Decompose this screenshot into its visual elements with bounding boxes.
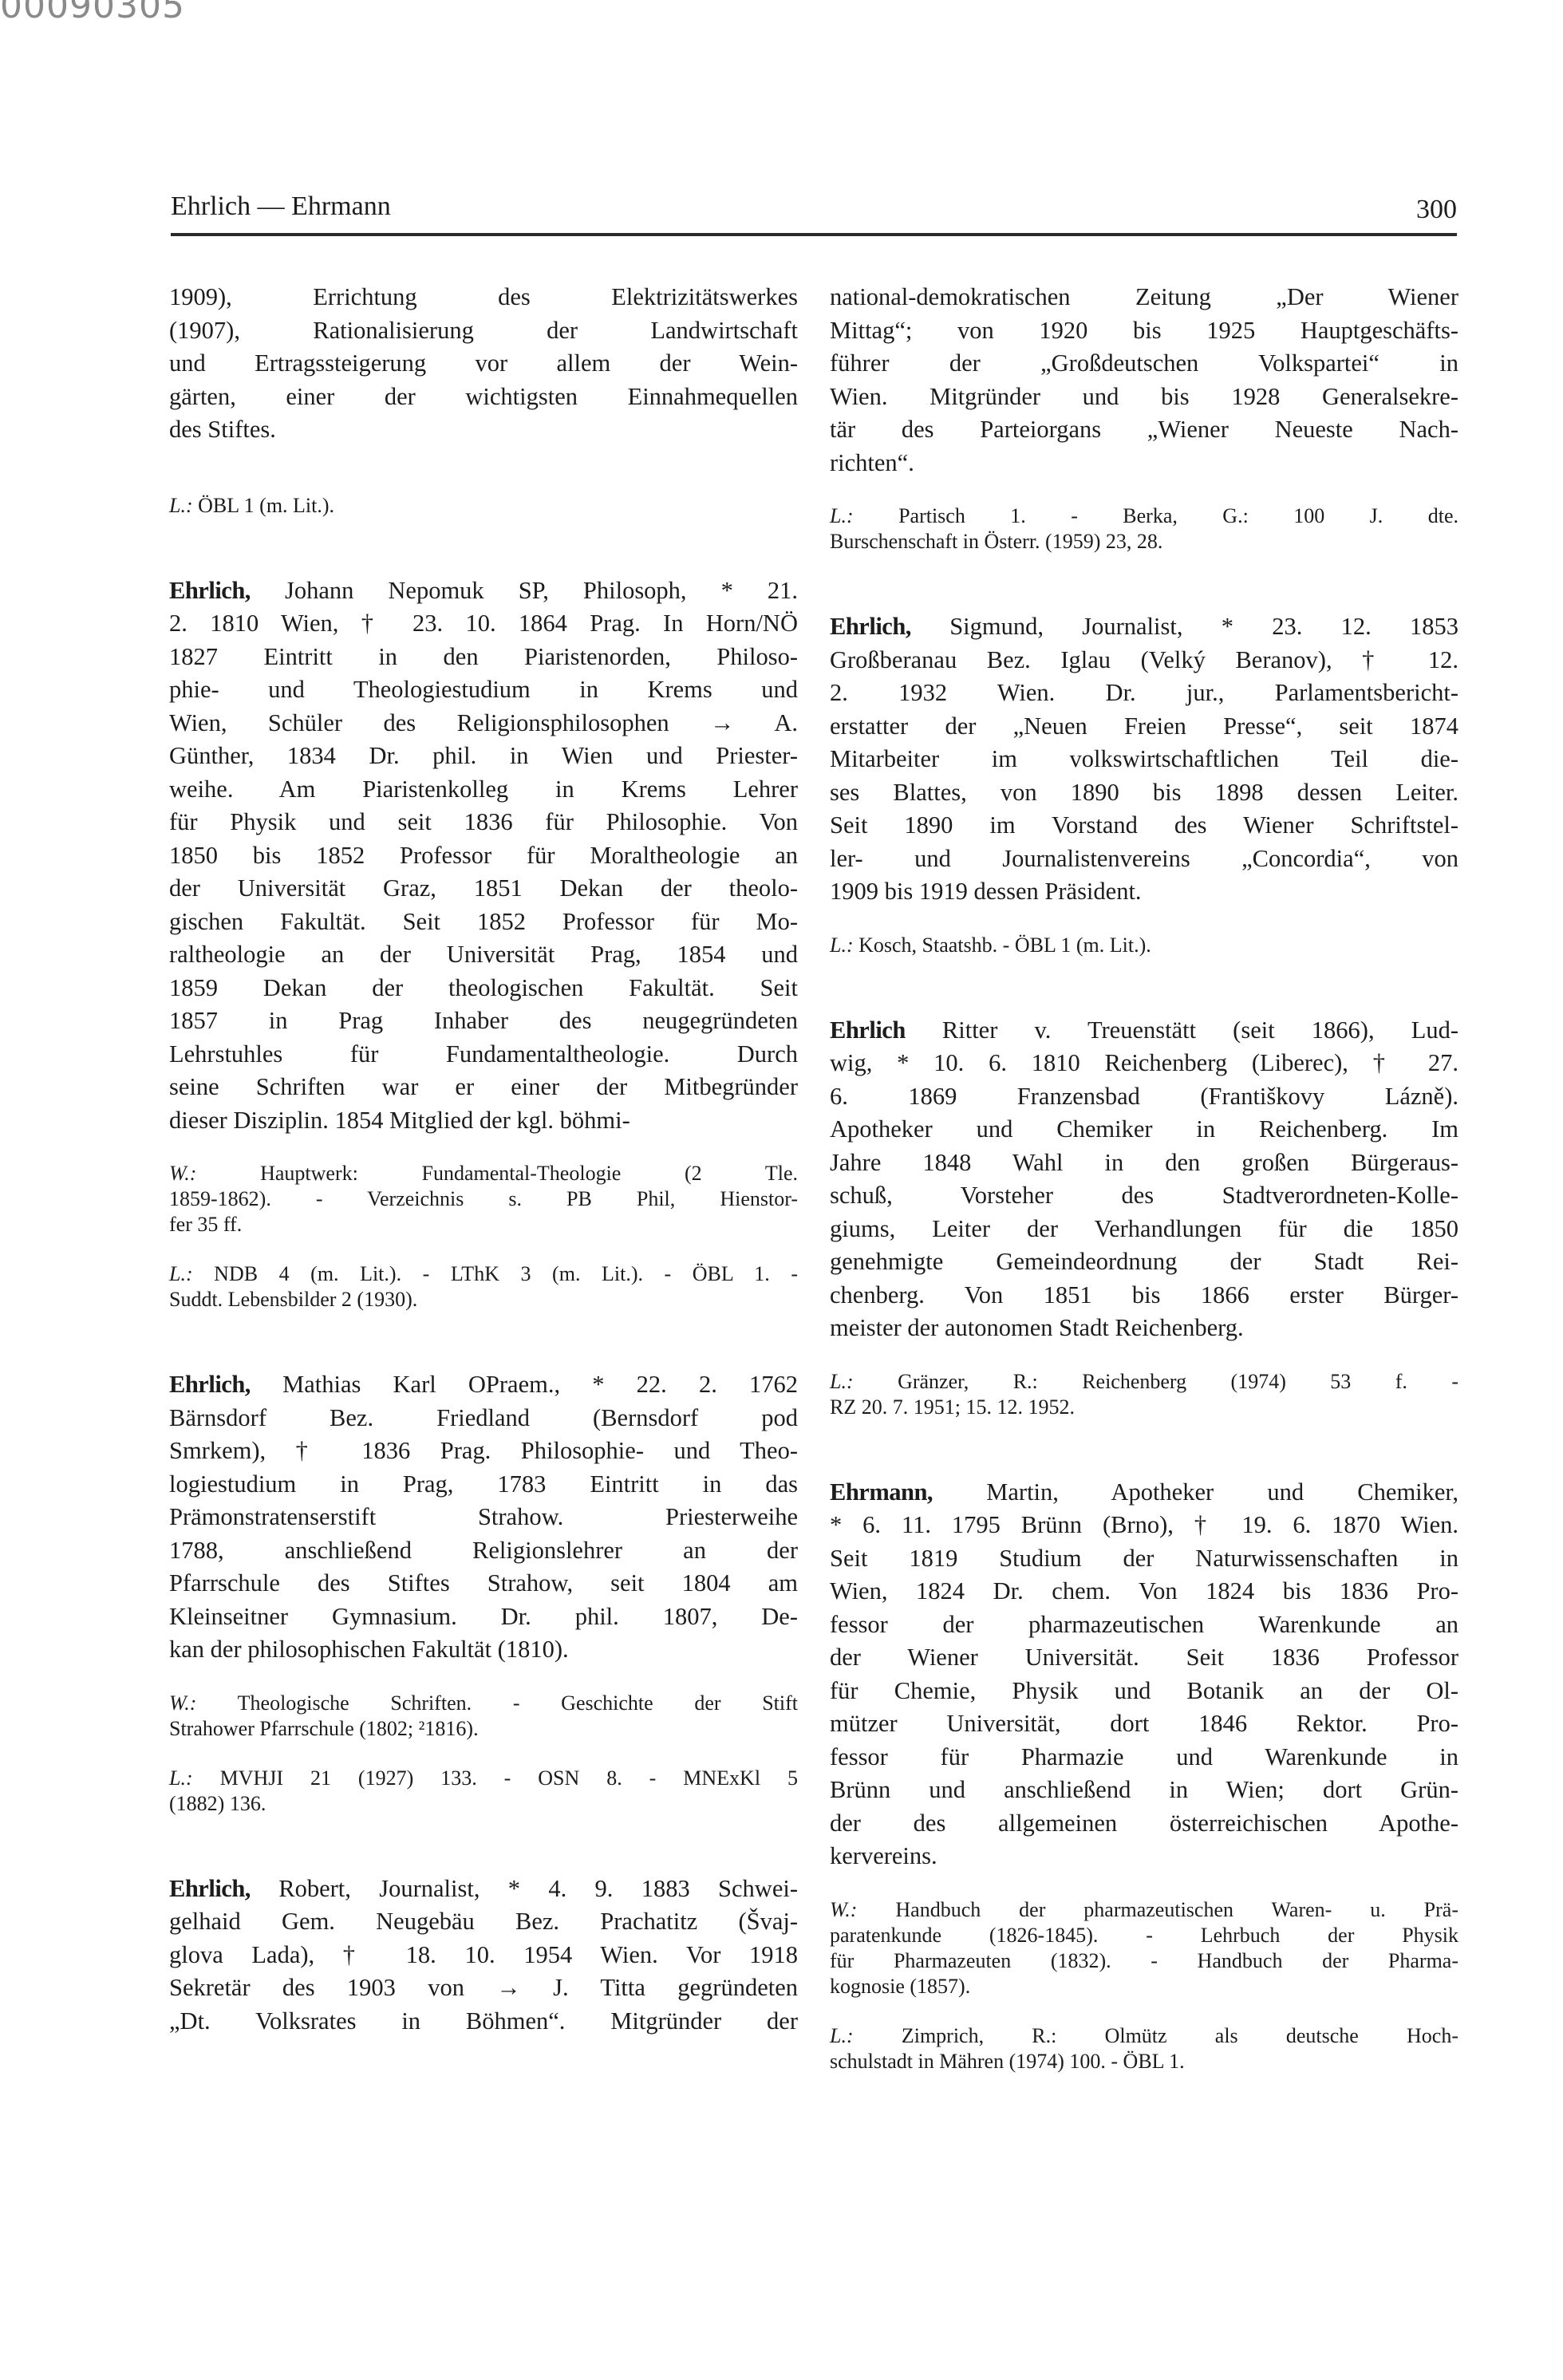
text-line: 2. 1810 Wien, † 23. 10. 1864 Prag. In Ho… [169, 607, 798, 641]
literature-text: Burschenschaft in Österr. (1959) 23, 28. [830, 529, 1458, 555]
text-line: 1857 in Prag Inhaber des neugegründeten [169, 1004, 798, 1038]
text-line: chenberg. Von 1851 bis 1866 erster Bürge… [830, 1279, 1458, 1312]
text-line: gelhaid Gem. Neugebäu Bez. Prachatitz (Š… [169, 1905, 798, 1939]
works-text: Hauptwerk: Fundamental-Theologie (2 Tle. [260, 1162, 798, 1185]
text-line: logiestudium in Prag, 1783 Eintritt in d… [169, 1468, 798, 1502]
continuation-paragraph: national-demokratischen Zeitung „Der Wie… [830, 281, 1458, 480]
text-line: wig, * 10. 6. 1810 Reichenberg (Liberec)… [830, 1047, 1458, 1080]
header-rule [171, 233, 1457, 236]
text-line: Mitarbeiter im volkswirtschaftlichen Tei… [830, 743, 1458, 776]
text-line: Ritter v. Treuenstätt (seit 1866), Lud- [942, 1016, 1458, 1044]
text-line: tär des Parteiorgans „Wiener Neueste Nac… [830, 413, 1458, 447]
text-line: ler- und Journalistenvereins „Concordia“… [830, 843, 1458, 876]
text-line: dieser Disziplin. 1854 Mitglied der kgl.… [169, 1104, 798, 1138]
text-line: Seit 1890 im Vorstand des Wiener Schrift… [830, 809, 1458, 843]
literature-label: L.: [830, 933, 854, 957]
literature-text: NDB 4 (m. Lit.). - LThK 3 (m. Lit.). - Ö… [214, 1262, 798, 1285]
text-line: Großberanau Bez. Iglau (Velký Beranov), … [830, 644, 1458, 677]
text-line: Seit 1819 Studium der Naturwissenschafte… [830, 1542, 1458, 1576]
text-line: der Universität Graz, 1851 Dekan der the… [169, 872, 798, 906]
entry-headword: Ehrlich, [169, 1371, 251, 1398]
running-title: Ehrlich — Ehrmann [171, 191, 391, 222]
text-line: genehmigte Gemeindeordnung der Stadt Rei… [830, 1245, 1458, 1279]
text-line: weihe. Am Piaristenkolleg in Krems Lehre… [169, 773, 798, 807]
text-line: Pfarrschule des Stiftes Strahow, seit 18… [169, 1567, 798, 1600]
text-line: 1788, anschließend Religionslehrer an de… [169, 1534, 798, 1568]
text-line: mützer Universität, dort 1846 Rektor. Pr… [830, 1707, 1458, 1741]
literature-label: L.: [830, 2024, 854, 2047]
text-line: raltheologie an der Universität Prag, 18… [169, 938, 798, 972]
text-line: glova Lada), † 18. 10. 1954 Wien. Vor 19… [169, 1939, 798, 1972]
text-line: 6. 1869 Franzensbad (Františkovy Lázně). [830, 1080, 1458, 1114]
text-line: Wien, 1824 Dr. chem. Von 1824 bis 1836 P… [830, 1575, 1458, 1608]
works-text: paratenkunde (1826-1845). - Lehrbuch der… [830, 1923, 1458, 1948]
text-line: Brünn und anschließend in Wien; dort Grü… [830, 1774, 1458, 1807]
text-line: der Wiener Universität. Seit 1836 Profes… [830, 1641, 1458, 1675]
entry-headword: Ehrlich, [169, 1875, 251, 1902]
works-text: kognosie (1857). [830, 1974, 1458, 1999]
text-line: 1827 Eintritt in den Piaristenorden, Phi… [169, 641, 798, 674]
literature-text: schulstadt in Mähren (1974) 100. - ÖBL 1… [830, 2049, 1458, 2074]
works-note: W.: Hauptwerk: Fundamental-Theologie (2 … [169, 1161, 798, 1237]
literature-text: Zimprich, R.: Olmütz als deutsche Hoch- [902, 2024, 1458, 2047]
text-line: und Ertragssteigerung vor allem der Wein… [169, 347, 798, 381]
literature-note: L.: MVHJI 21 (1927) 133. - OSN 8. - MNEx… [169, 1766, 798, 1817]
text-line: führer der „Großdeutschen Volkspartei“ i… [830, 347, 1458, 381]
text-line: 1909), Errichtung des Elektrizitätswerke… [169, 281, 798, 314]
text-line: meister der autonomen Stadt Reichenberg. [830, 1312, 1458, 1345]
text-line: Johann Nepomuk SP, Philosoph, * 21. [285, 577, 798, 604]
text-line: 1909 bis 1919 dessen Präsident. [830, 875, 1458, 909]
literature-text: Suddt. Lebensbilder 2 (1930). [169, 1287, 798, 1312]
scan-id: 00090305 [0, 0, 185, 26]
text-line: Jahre 1848 Wahl in den großen Bürgeraus- [830, 1147, 1458, 1180]
works-text: Handbuch der pharmazeutischen Waren- u. … [895, 1898, 1458, 1921]
literature-note: L.: ÖBL 1 (m. Lit.). [169, 493, 798, 519]
text-line: Martin, Apotheker und Chemiker, [986, 1478, 1458, 1506]
text-line: „Dt. Volksrates in Böhmen“. Mitgründer d… [169, 2005, 798, 2039]
text-line: der des allgemeinen österreichischen Apo… [830, 1807, 1458, 1841]
works-text: für Pharmazeuten (1832). - Handbuch der … [830, 1948, 1458, 1974]
entry-headword: Ehrlich, [830, 613, 911, 640]
text-line: des Stiftes. [169, 413, 798, 447]
literature-text: Gränzer, R.: Reichenberg (1974) 53 f. - [898, 1370, 1458, 1393]
entry-ehrmann-martin: Ehrmann, Martin, Apotheker und Chemiker,… [830, 1476, 1458, 2074]
text-line: Wien, Schüler des Religionsphilosophen →… [169, 707, 798, 740]
literature-text: ÖBL 1 (m. Lit.). [198, 494, 334, 517]
continuation-paragraph: 1909), Errichtung des Elektrizitätswerke… [169, 281, 798, 447]
entry-ehrlich-ludwig: Ehrlich Ritter v. Treuenstätt (seit 1866… [830, 1014, 1458, 1420]
text-line: seine Schriften war er einer der Mitbegr… [169, 1071, 798, 1104]
literature-label: L.: [830, 1370, 854, 1393]
entry-headword: Ehrmann, [830, 1478, 933, 1506]
text-line: fessor für Pharmazie und Warenkunde in [830, 1741, 1458, 1774]
text-line: kervereins. [830, 1840, 1458, 1873]
text-line: 1850 bis 1852 Professor für Moraltheolog… [169, 839, 798, 873]
works-label: W.: [169, 1162, 196, 1185]
literature-text: RZ 20. 7. 1951; 15. 12. 1952. [830, 1395, 1458, 1420]
text-line: (1907), Rationalisierung der Landwirtsch… [169, 314, 798, 348]
text-line: Bärnsdorf Bez. Friedland (Bernsdorf pod [169, 1402, 798, 1435]
works-text: fer 35 ff. [169, 1212, 798, 1237]
text-line: schuß, Vorsteher des Stadtverordneten-Ko… [830, 1179, 1458, 1213]
literature-label: L.: [830, 504, 854, 527]
text-line: giums, Leiter der Verhandlungen für die … [830, 1213, 1458, 1246]
literature-note: L.: Kosch, Staatshb. - ÖBL 1 (m. Lit.). [830, 933, 1458, 958]
text-line: gärten, einer der wichtigsten Einnahmequ… [169, 381, 798, 414]
entry-headword: Ehrlich [830, 1016, 906, 1044]
works-note: W.: Theologische Schriften. - Geschichte… [169, 1691, 798, 1742]
text-line: Wien. Mitgründer und bis 1928 Generalsek… [830, 381, 1458, 414]
text-line: Sigmund, Journalist, * 23. 12. 1853 [949, 613, 1458, 640]
text-line: Mittag“; von 1920 bis 1925 Hauptgeschäft… [830, 314, 1458, 348]
literature-note: L.: Zimprich, R.: Olmütz als deutsche Ho… [830, 2023, 1458, 2074]
literature-note: L.: NDB 4 (m. Lit.). - LThK 3 (m. Lit.).… [169, 1261, 798, 1312]
text-line: für Physik und seit 1836 für Philosophie… [169, 806, 798, 839]
literature-text: Kosch, Staatshb. - ÖBL 1 (m. Lit.). [858, 933, 1151, 957]
left-column: 1909), Errichtung des Elektrizitätswerke… [169, 281, 798, 2038]
works-label: W.: [830, 1898, 857, 1921]
literature-text: (1882) 136. [169, 1791, 798, 1817]
works-text: 1859-1862). - Verzeichnis s. PB Phil, Hi… [169, 1186, 798, 1212]
works-label: W.: [169, 1691, 196, 1715]
text-line: 1859 Dekan der theologischen Fakultät. S… [169, 972, 798, 1005]
text-line: Günther, 1834 Dr. phil. in Wien und Prie… [169, 740, 798, 773]
text-line: Mathias Karl OPraem., * 22. 2. 1762 [282, 1371, 798, 1398]
text-line: für Chemie, Physik und Botanik an der Ol… [830, 1675, 1458, 1708]
text-line: gischen Fakultät. Seit 1852 Professor fü… [169, 906, 798, 939]
text-line: 2. 1932 Wien. Dr. jur., Parlamentsberich… [830, 677, 1458, 710]
page-number: 300 [1416, 195, 1457, 225]
text-line: ses Blattes, von 1890 bis 1898 dessen Le… [830, 776, 1458, 810]
right-column: national-demokratischen Zeitung „Der Wie… [830, 281, 1458, 2074]
text-line: kan der philosophischen Fakultät (1810). [169, 1633, 798, 1667]
literature-text: MVHJI 21 (1927) 133. - OSN 8. - MNExKl 5 [220, 1766, 798, 1790]
entry-ehrlich-mathias-karl: Ehrlich, Mathias Karl OPraem., * 22. 2. … [169, 1368, 798, 1817]
text-line: Lehrstuhles für Fundamentaltheologie. Du… [169, 1038, 798, 1072]
text-line: Sekretär des 1903 von → J. Titta gegründ… [169, 1971, 798, 2005]
text-line: richten“. [830, 447, 1458, 480]
works-text: Strahower Pfarrschule (1802; ²1816). [169, 1716, 798, 1742]
literature-text: Partisch 1. - Berka, G.: 100 J. dte. [898, 504, 1458, 527]
literature-note: L.: Gränzer, R.: Reichenberg (1974) 53 f… [830, 1369, 1458, 1420]
entry-ehrlich-robert: Ehrlich, Robert, Journalist, * 4. 9. 188… [169, 1873, 798, 2039]
text-line: phie- und Theologiestudium in Krems und [169, 673, 798, 707]
text-line: Kleinseitner Gymnasium. Dr. phil. 1807, … [169, 1600, 798, 1634]
entry-ehrlich-johann-nepomuk: Ehrlich, Johann Nepomuk SP, Philosoph, *… [169, 574, 798, 1313]
text-line: Smrkem), † 1836 Prag. Philosophie- und T… [169, 1435, 798, 1468]
text-line: * 6. 11. 1795 Brünn (Brno), † 19. 6. 187… [830, 1509, 1458, 1542]
literature-note: L.: Partisch 1. - Berka, G.: 100 J. dte.… [830, 503, 1458, 555]
text-line: fessor der pharmazeutischen Warenkunde a… [830, 1608, 1458, 1642]
works-note: W.: Handbuch der pharmazeutischen Waren-… [830, 1897, 1458, 1999]
text-line: Prämonstratenserstift Strahow. Priesterw… [169, 1501, 798, 1534]
text-line: Robert, Journalist, * 4. 9. 1883 Schwei- [278, 1875, 798, 1902]
works-text: Theologische Schriften. - Geschichte der… [238, 1691, 798, 1715]
text-line: erstatter der „Neuen Freien Presse“, sei… [830, 710, 1458, 744]
text-line: Apotheker und Chemiker in Reichenberg. I… [830, 1113, 1458, 1147]
literature-label: L.: [169, 1262, 193, 1285]
literature-label: L.: [169, 1766, 193, 1790]
entry-ehrlich-sigmund: Ehrlich, Sigmund, Journalist, * 23. 12. … [830, 610, 1458, 958]
text-line: national-demokratischen Zeitung „Der Wie… [830, 281, 1458, 314]
running-head: Ehrlich — Ehrmann 300 [171, 191, 1457, 223]
literature-label: L.: [169, 494, 193, 517]
entry-headword: Ehrlich, [169, 577, 251, 604]
